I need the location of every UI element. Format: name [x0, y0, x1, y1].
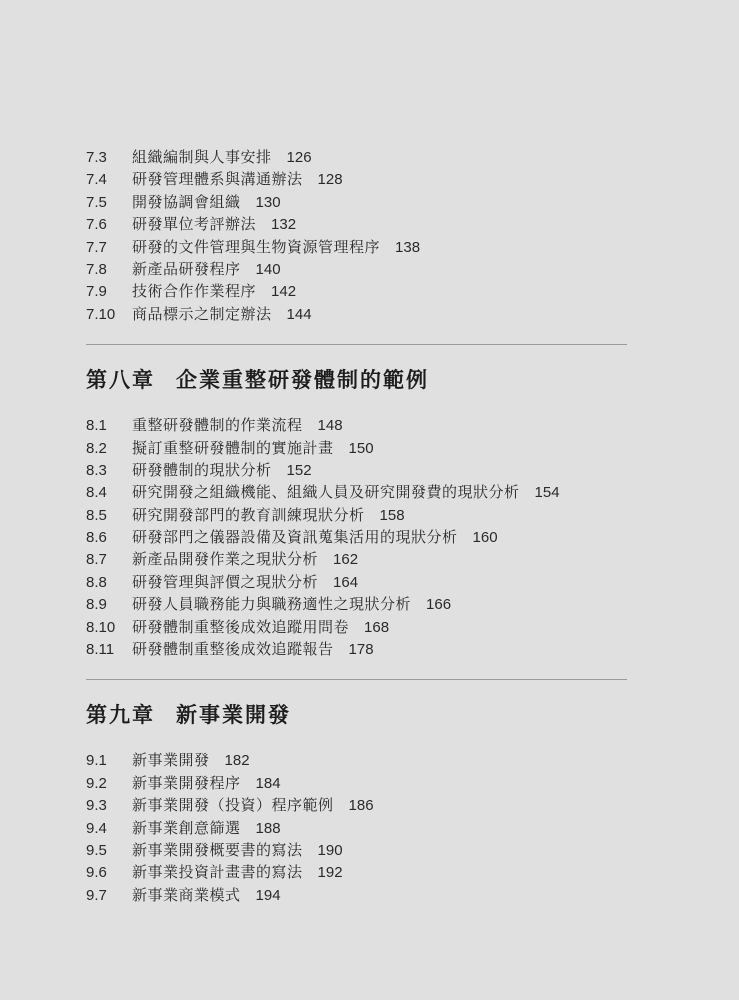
toc-item-title: 研發部門之儀器設備及資訊蒐集活用的現狀分析: [132, 527, 458, 549]
toc-item-page: 138: [395, 237, 420, 259]
toc-item: 7.10商品標示之制定辦法144: [86, 304, 627, 326]
toc-item-title: 新事業投資計畫書的寫法: [132, 862, 303, 884]
chapter-title: 新事業開發: [176, 704, 291, 727]
toc-item-page: 190: [318, 840, 343, 862]
toc-item-title: 研發管理與評價之現狀分析: [132, 572, 318, 594]
toc-item-page: 152: [287, 460, 312, 482]
toc-item: 8.2擬訂重整研發體制的實施計畫150: [86, 438, 627, 460]
chapter-title: 企業重整研發體制的範例: [176, 369, 429, 392]
toc-item-page: 178: [349, 639, 374, 661]
toc-item-title: 研發管理體系與溝通辦法: [132, 169, 303, 191]
toc-item-number: 9.1: [86, 750, 132, 772]
toc-item-title: 研究開發之組織機能、組織人員及研究開發費的現狀分析: [132, 482, 520, 504]
section-divider: [86, 679, 627, 680]
toc-item-title: 研發體制重整後成效追蹤報告: [132, 639, 334, 661]
toc-item: 8.9研發人員職務能力與職務適性之現狀分析166: [86, 594, 627, 616]
toc-item: 7.3組織編制與人事安排126: [86, 147, 627, 169]
toc-item-page: 150: [349, 438, 374, 460]
toc-item-number: 8.9: [86, 594, 132, 616]
toc-item-number: 8.1: [86, 415, 132, 437]
toc-item-number: 8.5: [86, 505, 132, 527]
toc-item-page: 158: [380, 505, 405, 527]
toc-item: 7.8新產品研發程序140: [86, 259, 627, 281]
toc-item-page: 132: [271, 214, 296, 236]
toc-item-title: 新事業開發: [132, 750, 210, 772]
toc-item-page: 162: [333, 549, 358, 571]
toc-item-title: 新事業開發（投資）程序範例: [132, 795, 334, 817]
toc-item-title: 新事業商業模式: [132, 885, 241, 907]
toc-item-page: 148: [318, 415, 343, 437]
toc-item: 8.6研發部門之儀器設備及資訊蒐集活用的現狀分析160: [86, 527, 627, 549]
toc-item: 8.8研發管理與評價之現狀分析164: [86, 572, 627, 594]
toc-item-title: 擬訂重整研發體制的實施計畫: [132, 438, 334, 460]
toc-item-title: 新事業開發概要書的寫法: [132, 840, 303, 862]
book-page: 7.3組織編制與人事安排1267.4研發管理體系與溝通辦法1287.5開發協調會…: [0, 0, 739, 1000]
toc-item-title: 商品標示之制定辦法: [132, 304, 272, 326]
toc: 7.3組織編制與人事安排1267.4研發管理體系與溝通辦法1287.5開發協調會…: [0, 0, 739, 907]
toc-item-title: 重整研發體制的作業流程: [132, 415, 303, 437]
toc-item-page: 168: [364, 617, 389, 639]
section-items: 8.1重整研發體制的作業流程1488.2擬訂重整研發體制的實施計畫1508.3研…: [86, 415, 627, 661]
toc-item-page: 144: [287, 304, 312, 326]
toc-item-number: 8.6: [86, 527, 132, 549]
toc-section-3: 第九章新事業開發9.1新事業開發1829.2新事業開發程序1849.3新事業開發…: [86, 679, 627, 907]
toc-item-number: 9.5: [86, 840, 132, 862]
toc-item-page: 126: [287, 147, 312, 169]
section-divider: [86, 344, 627, 345]
toc-item-title: 新事業創意篩選: [132, 818, 241, 840]
chapter-number: 第九章: [86, 704, 155, 727]
toc-section-1: 7.3組織編制與人事安排1267.4研發管理體系與溝通辦法1287.5開發協調會…: [86, 147, 627, 326]
toc-item-number: 7.8: [86, 259, 132, 281]
toc-item-page: 160: [473, 527, 498, 549]
toc-item: 7.5開發協調會組織130: [86, 192, 627, 214]
toc-item-title: 開發協調會組織: [132, 192, 241, 214]
toc-item: 8.5研究開發部門的教育訓練現狀分析158: [86, 505, 627, 527]
chapter-number: 第八章: [86, 369, 155, 392]
toc-item-number: 8.10: [86, 617, 132, 639]
toc-item: 8.3研發體制的現狀分析152: [86, 460, 627, 482]
toc-item-title: 研發體制重整後成效追蹤用問卷: [132, 617, 349, 639]
toc-item-title: 新產品開發作業之現狀分析: [132, 549, 318, 571]
toc-item-number: 8.8: [86, 572, 132, 594]
toc-item: 8.4研究開發之組織機能、組織人員及研究開發費的現狀分析154: [86, 482, 627, 504]
toc-item-number: 9.6: [86, 862, 132, 884]
toc-item-number: 9.4: [86, 818, 132, 840]
toc-item-title: 組織編制與人事安排: [132, 147, 272, 169]
toc-item-page: 184: [256, 773, 281, 795]
toc-item: 8.1重整研發體制的作業流程148: [86, 415, 627, 437]
toc-item-page: 130: [256, 192, 281, 214]
toc-item-page: 142: [271, 281, 296, 303]
toc-item-title: 研發人員職務能力與職務適性之現狀分析: [132, 594, 411, 616]
toc-item-page: 166: [426, 594, 451, 616]
toc-item-title: 技術合作作業程序: [132, 281, 256, 303]
toc-item-title: 研發的文件管理與生物資源管理程序: [132, 237, 380, 259]
toc-item-page: 154: [535, 482, 560, 504]
toc-item-number: 7.4: [86, 169, 132, 191]
toc-item: 9.3新事業開發（投資）程序範例186: [86, 795, 627, 817]
toc-item-page: 182: [225, 750, 250, 772]
toc-item: 9.4新事業創意篩選188: [86, 818, 627, 840]
section-items: 7.3組織編制與人事安排1267.4研發管理體系與溝通辦法1287.5開發協調會…: [86, 147, 627, 326]
toc-item-title: 新產品研發程序: [132, 259, 241, 281]
toc-item-page: 164: [333, 572, 358, 594]
toc-item-number: 7.10: [86, 304, 132, 326]
toc-item-number: 9.7: [86, 885, 132, 907]
toc-item-number: 7.6: [86, 214, 132, 236]
toc-item-page: 192: [318, 862, 343, 884]
toc-item-page: 140: [256, 259, 281, 281]
toc-item-number: 9.3: [86, 795, 132, 817]
toc-item-number: 8.7: [86, 549, 132, 571]
chapter-heading: 第九章新事業開發: [86, 704, 627, 728]
toc-item-number: 9.2: [86, 773, 132, 795]
toc-item-number: 8.2: [86, 438, 132, 460]
toc-item: 9.2新事業開發程序184: [86, 773, 627, 795]
toc-item: 7.4研發管理體系與溝通辦法128: [86, 169, 627, 191]
toc-item-number: 7.9: [86, 281, 132, 303]
toc-item-number: 7.7: [86, 237, 132, 259]
toc-item-number: 8.4: [86, 482, 132, 504]
toc-item-page: 194: [256, 885, 281, 907]
toc-item: 7.9技術合作作業程序142: [86, 281, 627, 303]
toc-item-title: 研發體制的現狀分析: [132, 460, 272, 482]
toc-item-number: 8.11: [86, 639, 132, 661]
toc-item-number: 7.3: [86, 147, 132, 169]
toc-item-title: 研究開發部門的教育訓練現狀分析: [132, 505, 365, 527]
toc-item-page: 128: [318, 169, 343, 191]
toc-section-2: 第八章企業重整研發體制的範例8.1重整研發體制的作業流程1488.2擬訂重整研發…: [86, 344, 627, 661]
toc-item: 7.7研發的文件管理與生物資源管理程序138: [86, 237, 627, 259]
toc-item: 8.10研發體制重整後成效追蹤用問卷168: [86, 617, 627, 639]
toc-item-number: 7.5: [86, 192, 132, 214]
section-items: 9.1新事業開發1829.2新事業開發程序1849.3新事業開發（投資）程序範例…: [86, 750, 627, 907]
toc-item: 9.7新事業商業模式194: [86, 885, 627, 907]
toc-item: 9.1新事業開發182: [86, 750, 627, 772]
toc-item-title: 新事業開發程序: [132, 773, 241, 795]
toc-item-page: 186: [349, 795, 374, 817]
toc-item-page: 188: [256, 818, 281, 840]
toc-item-title: 研發單位考評辦法: [132, 214, 256, 236]
toc-item: 9.6新事業投資計畫書的寫法192: [86, 862, 627, 884]
chapter-heading: 第八章企業重整研發體制的範例: [86, 369, 627, 393]
toc-item-number: 8.3: [86, 460, 132, 482]
toc-item: 8.11研發體制重整後成效追蹤報告178: [86, 639, 627, 661]
toc-item: 7.6研發單位考評辦法132: [86, 214, 627, 236]
toc-item: 8.7新產品開發作業之現狀分析162: [86, 549, 627, 571]
toc-item: 9.5新事業開發概要書的寫法190: [86, 840, 627, 862]
